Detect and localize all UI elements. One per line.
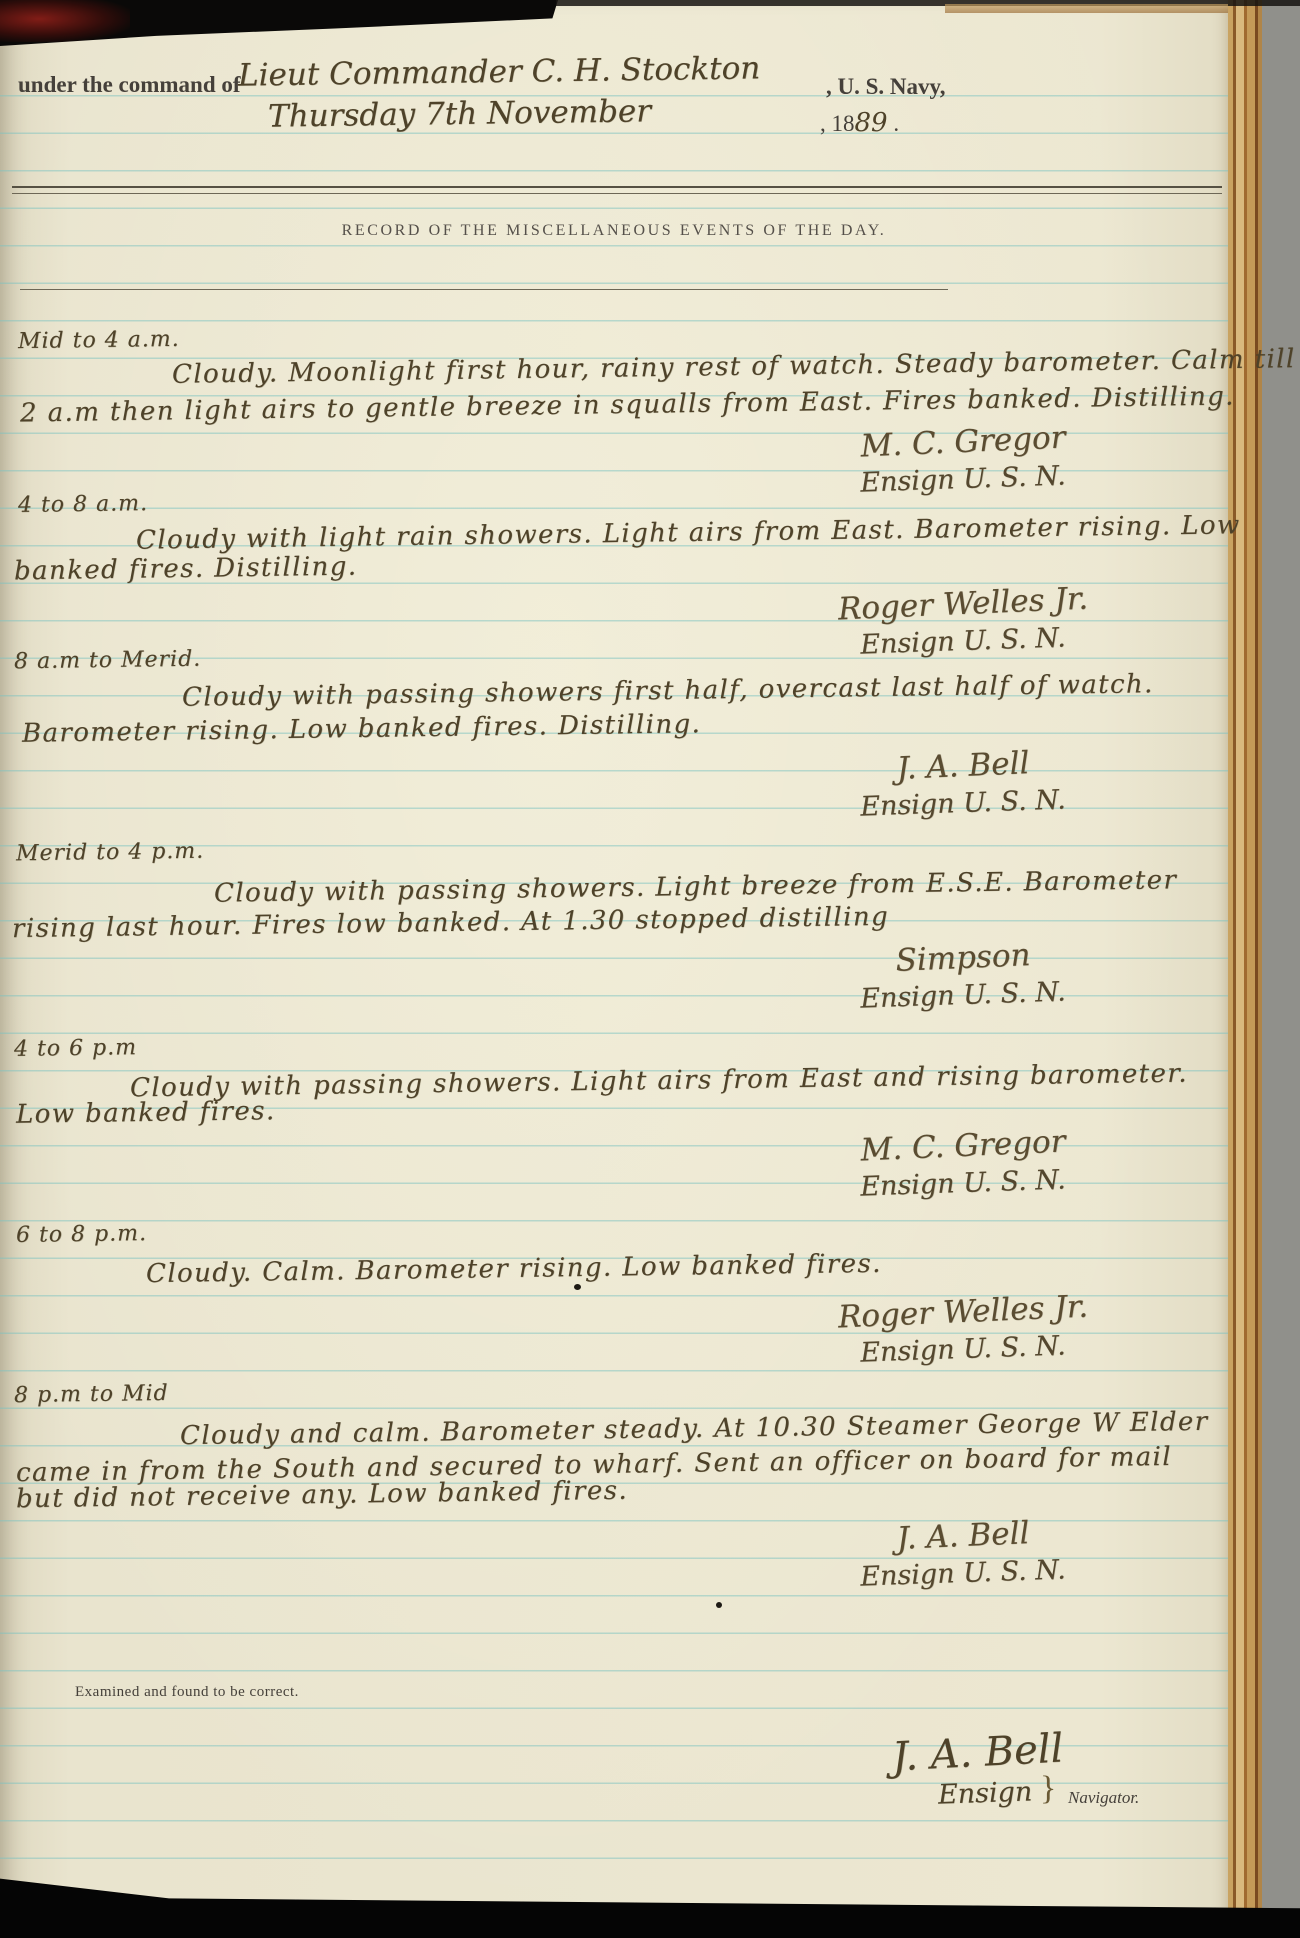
examined-note: Examined and found to be correct. [75,1684,299,1701]
signature-block: Roger Welles Jr. Ensign U. S. N. [726,586,1200,657]
section-title: RECORD OF THE MISCELLANEOUS EVENTS OF TH… [0,222,1228,240]
handwritten-commander-name: Lieut Commander C. H. Stockton [238,50,761,93]
printed-navigator-label: Navigator. [1068,1788,1139,1808]
logbook-photo: under the command of Lieut Commander C. … [0,0,1300,1938]
watch-heading: 6 to 8 p.m. [16,1221,147,1248]
printed-year-prefix: , 18 [820,111,855,136]
marbled-cover-detail [0,0,130,42]
navigator-signature-rank: Ensign [937,1776,1032,1810]
signature-block: Roger Welles Jr. Ensign U. S. N. [726,1294,1200,1365]
watch-heading: Merid to 4 p.m. [16,839,205,867]
watch-heading: Mid to 4 a.m. [18,327,180,354]
signature-block: M. C. Gregor Ensign U. S. N. [726,424,1200,495]
printed-us-navy: , U. S. Navy, [826,74,946,100]
watch-heading: 8 a.m to Merid. [14,647,202,675]
signature-block: J. A. Bell Ensign U. S. N. [726,1518,1200,1589]
book-page-edges [1228,0,1266,1912]
section-divider-rule [20,289,948,290]
handwritten-date: Thursday 7th November [268,93,652,134]
printed-under-command: under the command of [18,72,241,98]
watch-heading: 4 to 8 a.m. [18,491,148,518]
signature-block: M. C. Gregor Ensign U. S. N. [726,1128,1200,1199]
top-page-edges [945,4,1228,13]
log-line: Low banked fires. [16,1096,276,1130]
watch-heading: 4 to 6 p.m [14,1035,137,1062]
navigator-signature: J. A. Bell [891,1726,1065,1781]
signature-block: J. A. Bell Ensign U. S. N. [726,748,1200,819]
ink-speck [716,1602,722,1608]
printed-brace: } [1040,1770,1056,1808]
header-divider-rule [12,186,1222,194]
printed-year-line: , 1889 . [820,108,899,138]
watch-heading: 8 p.m to Mid [14,1381,169,1408]
printed-year-period: . [893,111,899,136]
log-line: banked fires. Distilling. [14,552,358,587]
handwritten-year: 89 [855,108,888,138]
signature-block: Simpson Ensign U. S. N. [726,940,1200,1011]
ink-speck [574,1284,581,1290]
